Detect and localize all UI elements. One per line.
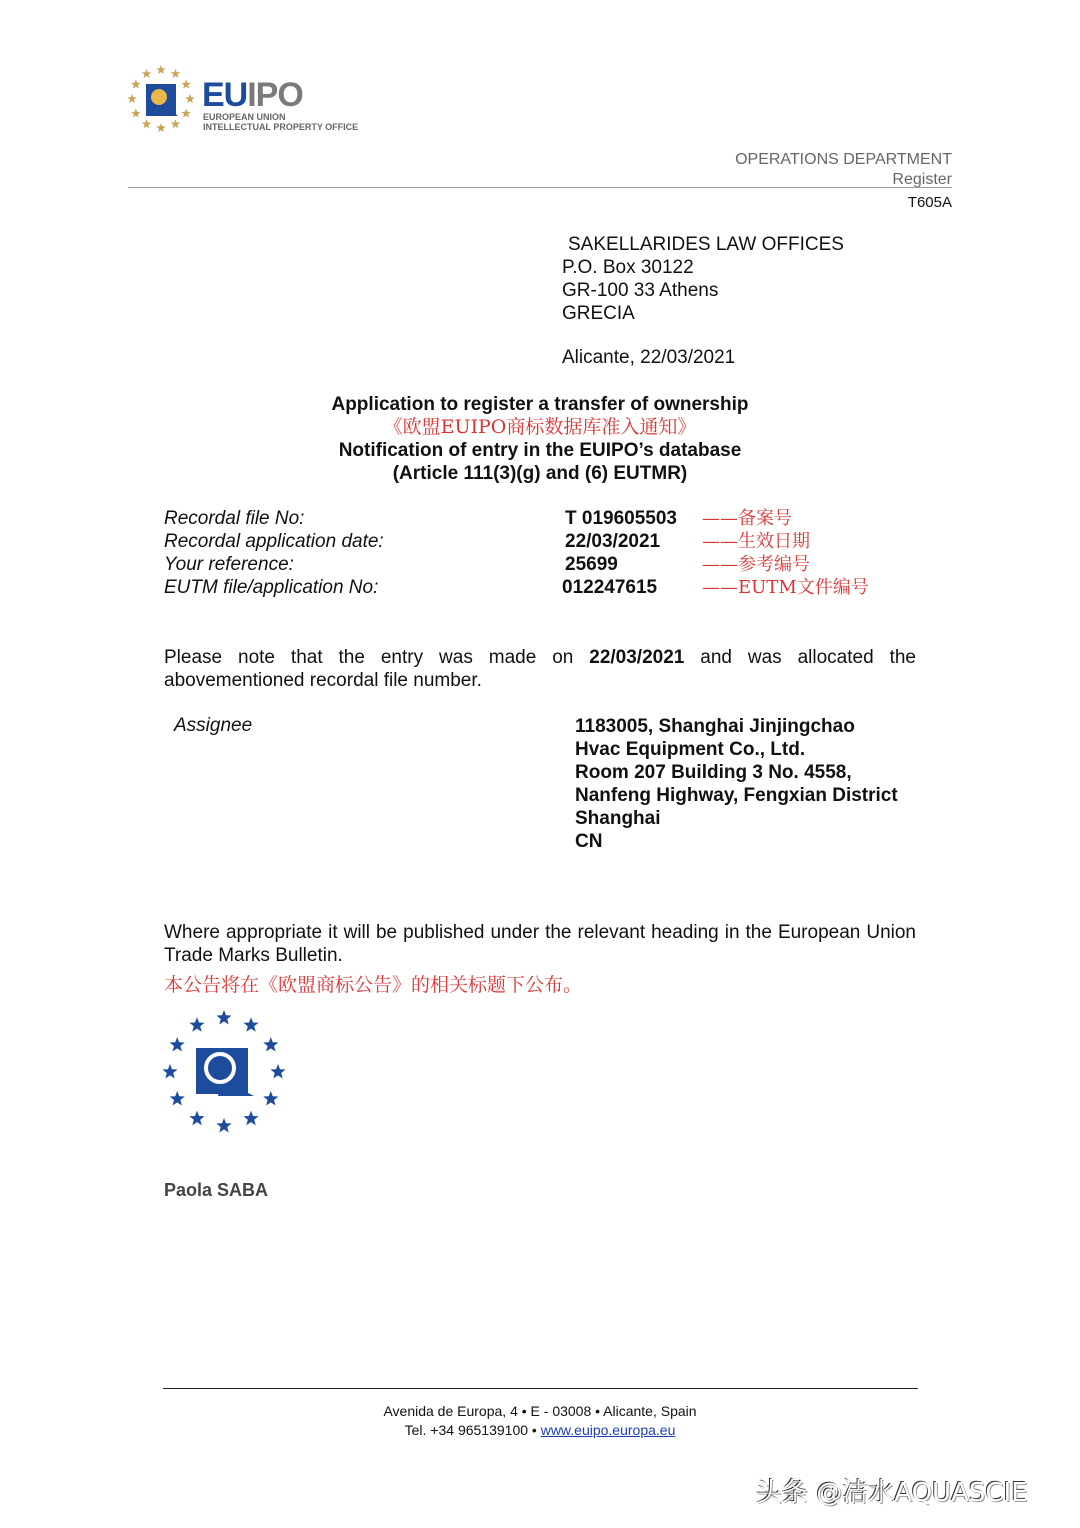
place-date: Alicante, 22/03/2021 (562, 347, 735, 369)
document-title: Application to register a transfer of ow… (0, 393, 1080, 485)
recipient-address: SAKELLARIDES LAW OFFICES P.O. Box 30122 … (562, 233, 844, 325)
assignee-label: Assignee (174, 715, 252, 737)
signatory-name: Paola SABA (164, 1180, 268, 1201)
publication-notice: Where appropriate it will be published u… (164, 921, 916, 967)
footer-divider (163, 1388, 918, 1389)
assignee-address: 1183005, Shanghai Jinjingchao Hvac Equip… (575, 715, 898, 853)
logo-subtitle: EUROPEAN UNION INTELLECTUAL PROPERTY OFF… (203, 112, 358, 132)
footer: Avenida de Europa, 4 • E - 03008 • Alica… (0, 1402, 1080, 1440)
footer-contact: Tel. +34 965139100 • www.euipo.europa.eu (0, 1421, 1080, 1440)
euipo-logo: EUIPO EUROPEAN UNION INTELLECTUAL PROPER… (126, 64, 366, 136)
euipo-seal (160, 1008, 288, 1136)
euipo-seal-icon (160, 1008, 288, 1136)
form-code: T605A (908, 194, 952, 211)
euipo-emblem-icon (126, 64, 198, 136)
footer-address: Avenida de Europa, 4 • E - 03008 • Alica… (0, 1402, 1080, 1421)
entry-notice: Please note that the entry was made on 2… (164, 646, 916, 692)
publication-cn-annotation: 本公告将在《欧盟商标公告》的相关标题下公布。 (164, 970, 582, 997)
header-divider (128, 187, 952, 188)
title-cn-annotation: 《欧盟EUIPO商标数据库准入通知》 (0, 416, 1080, 439)
department-header: OPERATIONS DEPARTMENT Register (735, 150, 952, 190)
logo-wordmark: EUIPO (202, 78, 303, 112)
website-link[interactable]: www.euipo.europa.eu (541, 1422, 676, 1438)
department-name: OPERATIONS DEPARTMENT (735, 150, 952, 170)
watermark: 头条 @洁水AQUASCIE (756, 1472, 1028, 1509)
